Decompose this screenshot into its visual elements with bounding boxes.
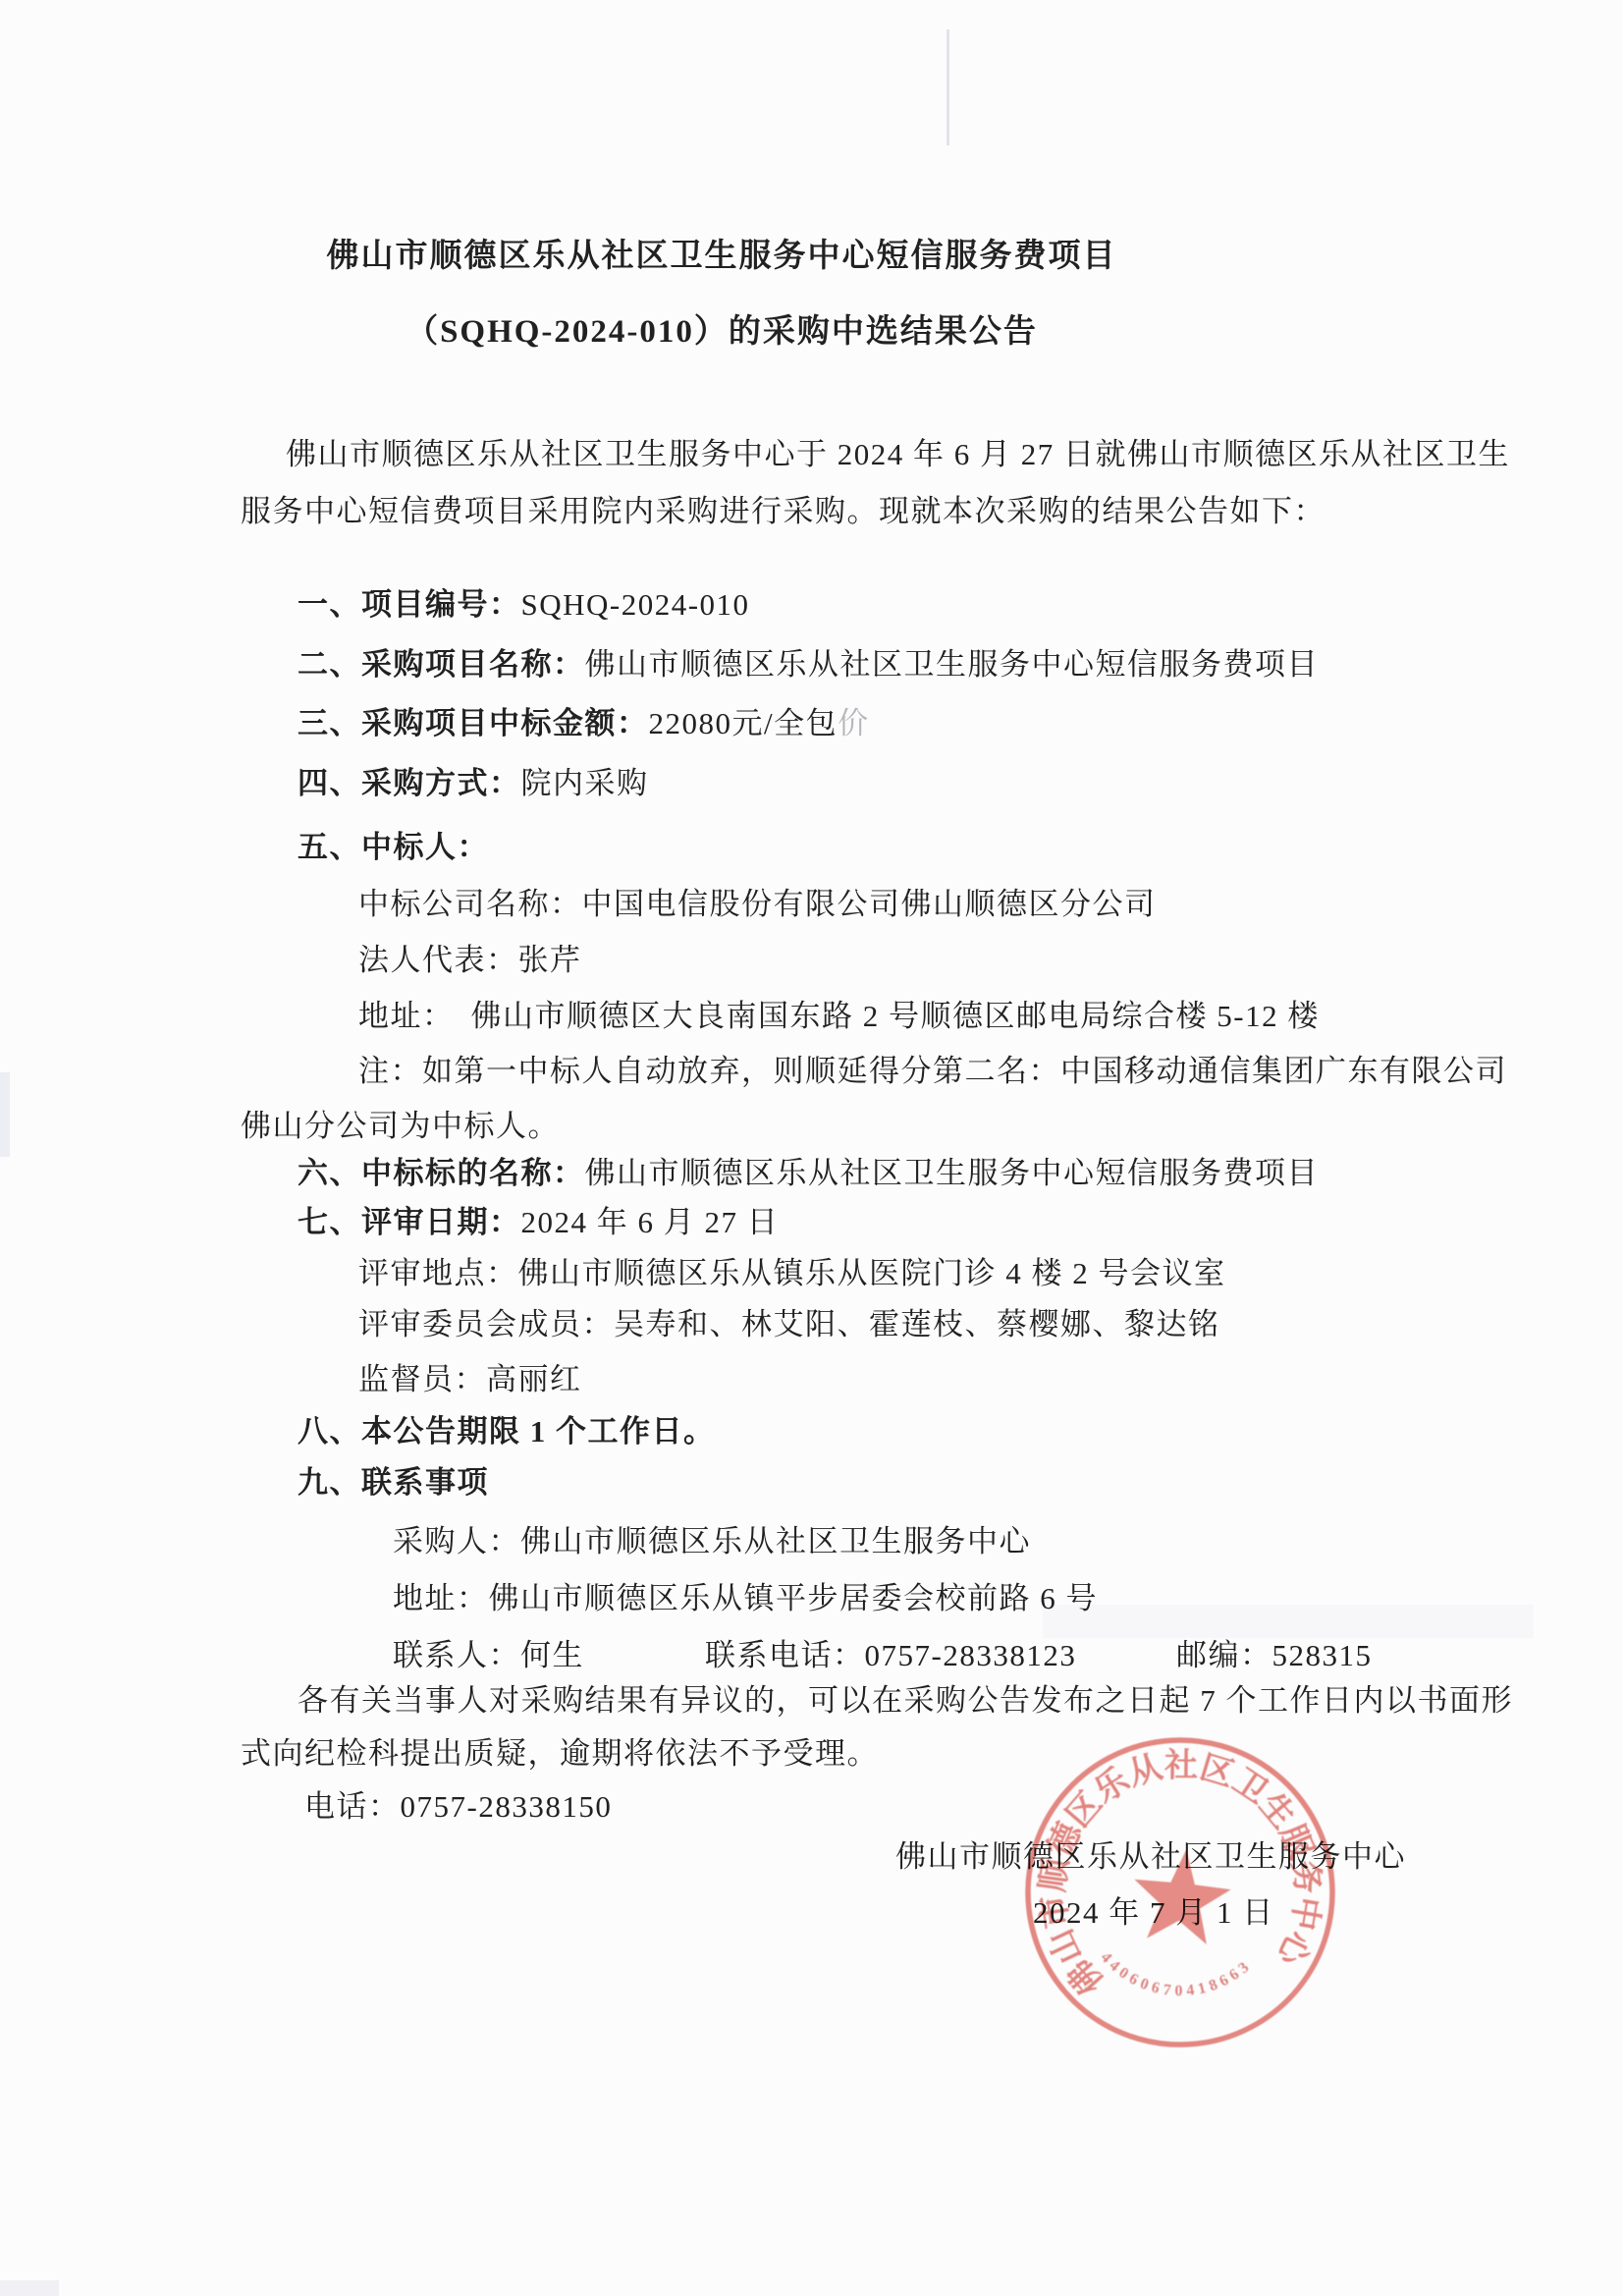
winner-company-line: 中标公司名称：中国电信股份有限公司佛山顺德区分公司 xyxy=(358,887,1157,922)
item-8-notice-period: 八、本公告期限 1 个工作日。 xyxy=(298,1414,716,1449)
item-3-value-faded: 价 xyxy=(838,706,870,740)
item-1-label: 一、项目编号： xyxy=(298,587,521,622)
item-3-label: 三、采购项目中标金额： xyxy=(298,706,649,740)
scanned-document-page: 佛山市顺德区乐从社区卫生服务中心短信服务费项目 （SQHQ-2024-010）的… xyxy=(0,0,1623,2296)
item-5-label: 五、中标人： xyxy=(298,830,489,864)
official-seal-stamp: 佛山市顺德区乐从社区卫生服务中心 44060670418663 xyxy=(1013,1725,1347,2059)
doc-title-line2: （SQHQ-2024-010）的采购中选结果公告 xyxy=(0,314,1443,350)
item-3-value: 22080元/全包 xyxy=(649,706,839,740)
intro-line-2: 服务中心短信费项目采用院内采购进行采购。现就本次采购的结果公告如下： xyxy=(241,494,1325,529)
item-5-winner-heading: 五、中标人： xyxy=(298,830,489,865)
scan-artifact-band xyxy=(1043,1605,1534,1638)
item-8-label: 八、本公告期限 1 个工作日。 xyxy=(298,1414,716,1449)
purchaser-address-line: 地址：佛山市顺德区乐从镇平步居委会校前路 6 号 xyxy=(393,1581,1098,1616)
objection-line-2: 式向纪检科提出质疑，逾期将依法不予受理。 xyxy=(241,1736,879,1772)
item-7-review-date: 七、评审日期：2024 年 6 月 27 日 xyxy=(298,1205,779,1240)
item-2-label: 二、采购项目名称： xyxy=(298,647,585,682)
seal-code-text: 44060670418663 xyxy=(1096,1935,1258,2009)
contact-person: 联系人：何生 xyxy=(393,1638,584,1673)
note-line-2: 佛山分公司为中标人。 xyxy=(241,1109,560,1144)
review-place-line: 评审地点：佛山市顺德区乐从镇乐从医院门诊 4 楼 2 号会议室 xyxy=(358,1256,1226,1291)
item-4-procurement-method: 四、采购方式：院内采购 xyxy=(298,766,649,801)
item-4-label: 四、采购方式： xyxy=(298,766,521,800)
scan-artifact-left-smudge xyxy=(0,1072,10,1157)
supervisor-line: 监督员：高丽红 xyxy=(358,1362,582,1397)
item-6-value: 佛山市顺德区乐从社区卫生服务中心短信服务费项目 xyxy=(585,1156,1320,1190)
item-2-project-name: 二、采购项目名称：佛山市顺德区乐从社区卫生服务中心短信服务费项目 xyxy=(298,647,1319,683)
item-9-label: 九、联系事项 xyxy=(298,1465,489,1500)
item-1-value: SQHQ-2024-010 xyxy=(521,587,750,622)
intro-line-1: 佛山市顺德区乐从社区卫生服务中心于 2024 年 6 月 27 日就佛山市顺德区… xyxy=(286,437,1510,472)
item-6-label: 六、中标标的名称： xyxy=(298,1156,585,1190)
objection-line-1: 各有关当事人对采购结果有异议的，可以在采购公告发布之日起 7 个工作日内以书面形 xyxy=(298,1683,1513,1719)
item-9-contact-heading: 九、联系事项 xyxy=(298,1465,489,1501)
item-4-value: 院内采购 xyxy=(521,766,649,800)
star-icon xyxy=(1132,1845,1236,1951)
item-7-label: 七、评审日期： xyxy=(298,1205,521,1239)
item-6-award-subject: 六、中标标的名称：佛山市顺德区乐从社区卫生服务中心短信服务费项目 xyxy=(298,1156,1319,1191)
item-1-project-number: 一、项目编号：SQHQ-2024-010 xyxy=(298,587,750,623)
item-2-value: 佛山市顺德区乐从社区卫生服务中心短信服务费项目 xyxy=(585,647,1320,682)
note-line-1: 注：如第一中标人自动放弃，则顺延得分第二名：中国移动通信集团广东有限公司 xyxy=(358,1054,1507,1089)
winner-address-line: 地址： 佛山市顺德区大良南国东路 2 号顺德区邮电局综合楼 5-12 楼 xyxy=(358,999,1320,1034)
postal-code: 邮编：528315 xyxy=(1176,1638,1373,1673)
item-3-award-amount: 三、采购项目中标金额：22080元/全包价 xyxy=(298,706,870,741)
review-committee-line: 评审委员会成员：吴寿和、林艾阳、霍莲枝、蔡樱娜、黎达铭 xyxy=(358,1307,1220,1342)
doc-title-line1: 佛山市顺德区乐从社区卫生服务中心短信服务费项目 xyxy=(0,239,1443,274)
scan-artifact-bottom xyxy=(0,2280,59,2296)
contact-phone: 联系电话：0757-28338123 xyxy=(705,1638,1076,1673)
discipline-phone-line: 电话：0757-28338150 xyxy=(304,1789,612,1825)
legal-rep-line: 法人代表：张芹 xyxy=(358,943,582,978)
purchaser-line: 采购人：佛山市顺德区乐从社区卫生服务中心 xyxy=(393,1524,1031,1559)
scan-artifact-vertical-line xyxy=(947,29,949,145)
item-7-value: 2024 年 6 月 27 日 xyxy=(521,1205,780,1239)
